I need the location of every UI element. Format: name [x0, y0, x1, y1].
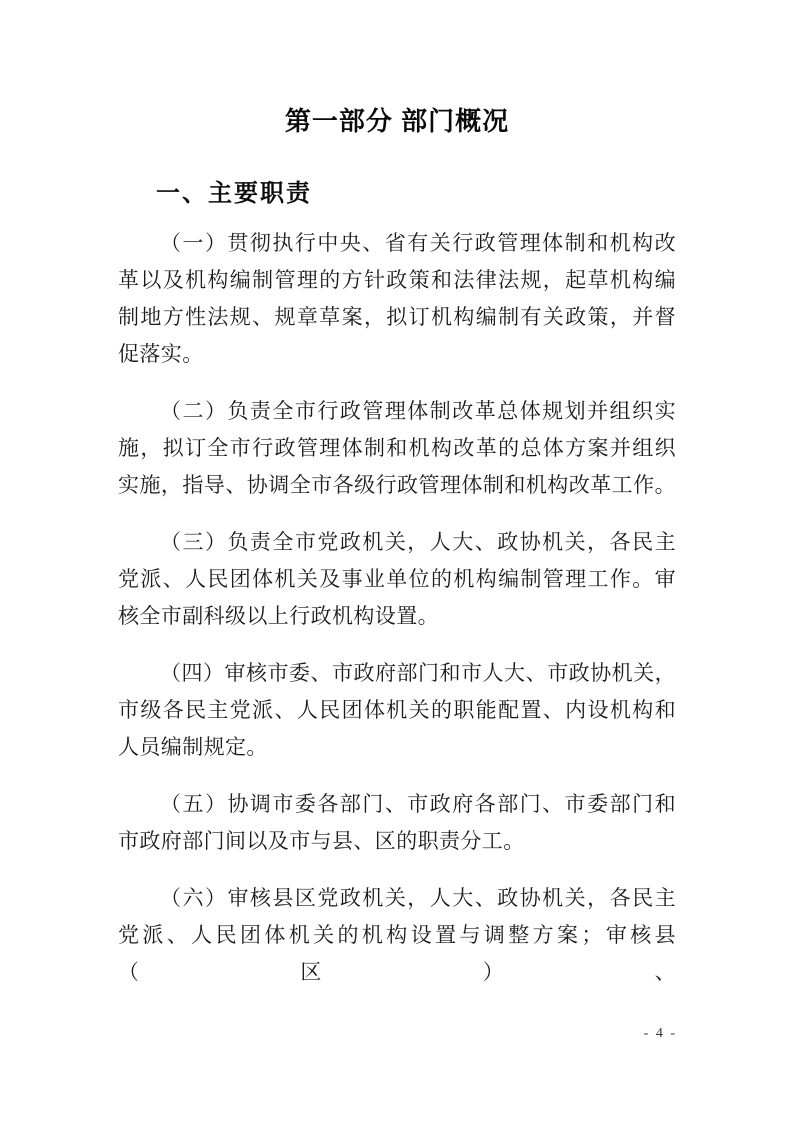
- paragraph: （二）负责全市行政管理体制改革总体规划并组织实施，拟订全市行政管理体制和机构改革…: [118, 393, 676, 504]
- paragraph-line: 市政府部门间以及市与县、区的职责分工。: [118, 823, 676, 860]
- paragraph-line: （三）负责全市党政机关，人大、政协机关，各民主: [118, 524, 676, 561]
- paragraph: （四）审核市委、市政府部门和市人大、市政协机关，市级各民主党派、人民团体机关的职…: [118, 655, 676, 766]
- paragraph-line: （六）审核县区党政机关，人大、政协机关，各民主: [118, 880, 676, 917]
- paragraph-line: 党派、人民团体机关及事业单位的机构编制管理工作。审: [118, 561, 676, 598]
- document-page: 第一部分 部门概况 一、主要职责 （一）贯彻执行中央、省有关行政管理体制和机构改…: [0, 0, 793, 1122]
- paragraph-line: （一）贯彻执行中央、省有关行政管理体制和机构改: [118, 225, 676, 262]
- section-heading: 一、主要职责: [156, 178, 676, 209]
- document-body: （一）贯彻执行中央、省有关行政管理体制和机构改革以及机构编制管理的方针政策和法律…: [118, 225, 676, 954]
- paragraph-line: （四）审核市委、市政府部门和市人大、市政协机关，: [118, 655, 676, 692]
- paragraph-line: 促落实。: [118, 336, 676, 373]
- paragraph-line: 人员编制规定。: [118, 729, 676, 766]
- paragraph: （一）贯彻执行中央、省有关行政管理体制和机构改革以及机构编制管理的方针政策和法律…: [118, 225, 676, 373]
- paragraph-line: （五）协调市委各部门、市政府各部门、市委部门和: [118, 786, 676, 823]
- paragraph-line: 市级各民主党派、人民团体机关的职能配置、内设机构和: [118, 692, 676, 729]
- paragraph-line: 施，拟订全市行政管理体制和机构改革的总体方案并组织: [118, 430, 676, 467]
- page-number: - 4 -: [644, 1026, 677, 1042]
- paragraph: （六）审核县区党政机关，人大、政协机关，各民主党派、人民团体机关的机构设置与调整…: [118, 880, 676, 954]
- paragraph: （五）协调市委各部门、市政府各部门、市委部门和市政府部门间以及市与县、区的职责分…: [118, 786, 676, 860]
- paragraph-line: 制地方性法规、规章草案，拟订机构编制有关政策，并督: [118, 299, 676, 336]
- paragraph-line: 党派、人民团体机关的机构设置与调整方案；审核县（区）、: [118, 917, 676, 954]
- page-title: 第一部分 部门概况: [118, 106, 676, 137]
- paragraph-line: 实施，指导、协调全市各级行政管理体制和机构改革工作。: [118, 467, 676, 504]
- paragraph-line: （二）负责全市行政管理体制改革总体规划并组织实: [118, 393, 676, 430]
- paragraph: （三）负责全市党政机关，人大、政协机关，各民主党派、人民团体机关及事业单位的机构…: [118, 524, 676, 635]
- paragraph-line: 核全市副科级以上行政机构设置。: [118, 598, 676, 635]
- paragraph-line: 革以及机构编制管理的方针政策和法律法规，起草机构编: [118, 262, 676, 299]
